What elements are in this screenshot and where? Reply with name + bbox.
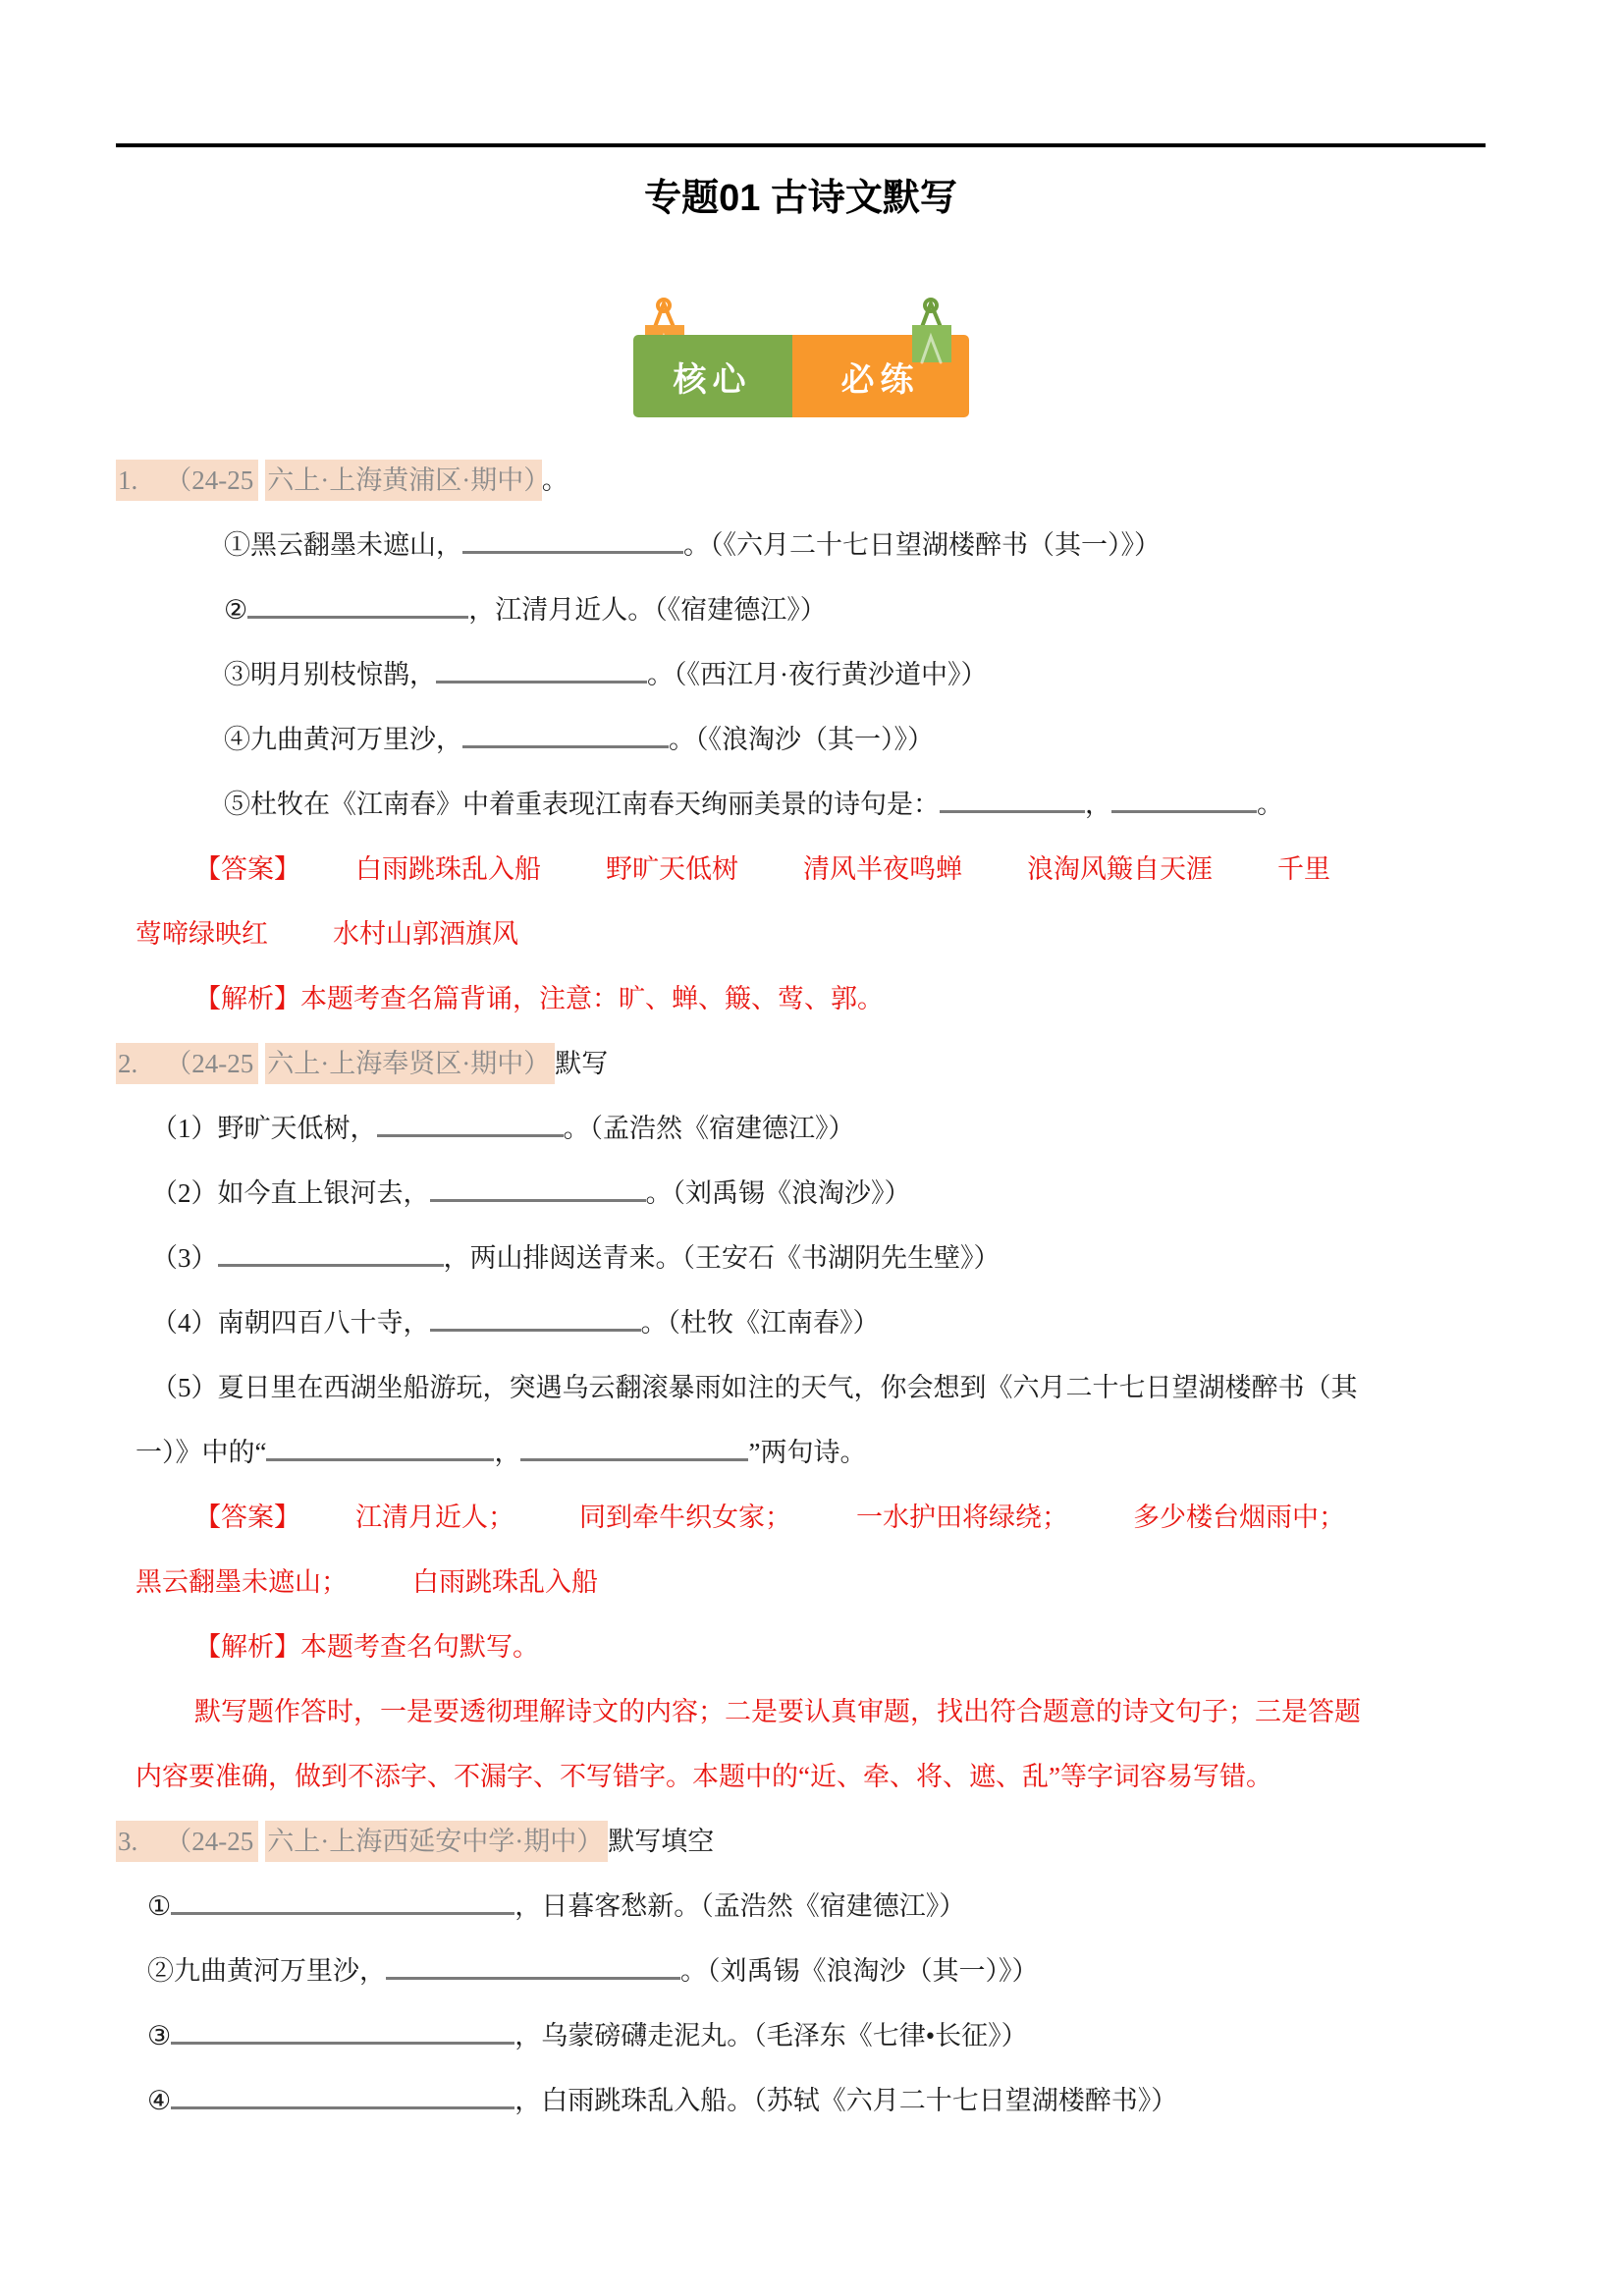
q2-analysis-para-line2: 内容要准确，做到不添字、不漏字、不写错字。本题中的“近、牵、将、遮、乱”等字词容… bbox=[135, 1744, 1486, 1809]
question-2-header: 2.（24-25六上·上海奉贤区·期中）默写 bbox=[116, 1031, 1486, 1096]
q2-item-5-line2: 一）》中的“，”两句诗。 bbox=[135, 1420, 1486, 1485]
q2-item-5-end: ”两句诗。 bbox=[748, 1438, 866, 1467]
question-3-number: 3. bbox=[118, 1827, 137, 1856]
q3-item-3: ③，乌蒙磅礴走泥丸。（毛泽东《七律•长征》） bbox=[147, 2003, 1486, 2068]
q2-item-4-cite: 。（杜牧《江南春》） bbox=[641, 1308, 880, 1338]
badge-left-label: 核心 bbox=[674, 353, 752, 401]
question-1-source-highlight-b: 六上·上海黄浦区·期中） bbox=[265, 460, 541, 501]
q1-item-5: ⑤杜牧在《江南春》中着重表现江南春天绚丽美景的诗句是：，。 bbox=[224, 772, 1486, 837]
q2-item-2-cite: 。（刘禹锡《浪淘沙》） bbox=[646, 1178, 911, 1208]
question-2-source-highlight-b: 六上·上海奉贤区·期中） bbox=[265, 1043, 555, 1084]
binder-clip-green-icon bbox=[908, 298, 955, 370]
q3-item-3-text: ③ bbox=[147, 2021, 171, 2050]
question-1-year: （24-25 bbox=[165, 465, 253, 495]
q3-item-2-text: ②九曲黄河万里沙， bbox=[147, 1956, 386, 1986]
q2-item-4: （4）南朝四百八十寺，。（杜牧《江南春》） bbox=[151, 1290, 1486, 1355]
q1-item-5-blank2 bbox=[1111, 800, 1257, 813]
q1-answer-line2: 莺啼绿映红水村山郭酒旗风 bbox=[135, 902, 1486, 966]
question-3-source-highlight-b: 六上·上海西延安中学·期中） bbox=[265, 1821, 608, 1862]
question-3-header: 3.（24-25六上·上海西延安中学·期中）默写填空 bbox=[116, 1809, 1486, 1874]
question-1-tail: 。 bbox=[542, 465, 568, 495]
q3-item-2-cite: 。（刘禹锡《浪淘沙（其一）》） bbox=[680, 1956, 1039, 1986]
q2-item-3-text: （3） bbox=[151, 1243, 218, 1273]
q2-analysis: 【解析】本题考查名句默写。 bbox=[194, 1614, 1486, 1679]
q1-answer-item: 清风半夜鸣蝉 bbox=[803, 854, 962, 884]
q2-answer-item: 同到牵牛织女家； bbox=[579, 1503, 791, 1532]
q2-answer-item: 白雨跳珠乱入船 bbox=[412, 1567, 598, 1597]
q2-answer-line1: 【答案】江清月近人；同到牵牛织女家；一水护田将绿绕；多少楼台烟雨中； bbox=[194, 1485, 1486, 1550]
q2-item-2-blank bbox=[430, 1189, 646, 1202]
q2-answer-label: 【答案】 bbox=[194, 1503, 300, 1532]
q2-item-3-cite: ，两山排闼送青来。（王安石《书湖阴先生壁》） bbox=[444, 1243, 1001, 1273]
q1-item-3: ③明月别枝惊鹊，。（《西江月·夜行黄沙道中》） bbox=[224, 642, 1486, 707]
q3-item-2-blank bbox=[386, 1967, 680, 1980]
worksheet-page: 专题01 古诗文默写 核心 必练 1.（24-25六上·上海黄浦区·期中）。 ①… bbox=[0, 0, 1623, 2296]
q2-item-2-text: （2）如今直上银河去， bbox=[151, 1178, 430, 1208]
q1-item-5-comma: ， bbox=[1085, 790, 1111, 819]
q2-item-1-text: （1）野旷天低树， bbox=[151, 1114, 377, 1143]
q1-item-1-blank bbox=[462, 541, 683, 554]
q1-answer-item: 水村山郭酒旗风 bbox=[333, 919, 518, 949]
q2-item-5-line1: （5）夏日里在西湖坐船游玩，突遇乌云翻滚暴雨如注的天气，你会想到《六月二十七日望… bbox=[151, 1355, 1486, 1420]
q2-item-2: （2）如今直上银河去，。（刘禹锡《浪淘沙》） bbox=[151, 1161, 1486, 1226]
question-3-tail: 默写填空 bbox=[608, 1827, 714, 1856]
q1-answer-item: 莺啼绿映红 bbox=[135, 919, 268, 949]
q3-item-2: ②九曲黄河万里沙，。（刘禹锡《浪淘沙（其一）》） bbox=[147, 1939, 1486, 2003]
q1-item-4-cite: 。（《浪淘沙（其一）》） bbox=[669, 725, 934, 754]
question-2-year: （24-25 bbox=[165, 1049, 253, 1078]
q1-item-3-cite: 。（《西江月·夜行黄沙道中》） bbox=[647, 660, 988, 689]
top-rule bbox=[116, 143, 1486, 147]
q3-item-1-blank bbox=[171, 1902, 514, 1915]
q1-answer-line1: 【答案】白雨跳珠乱入船野旷天低树清风半夜鸣蝉浪淘风簸自天涯千里 bbox=[194, 837, 1486, 902]
q2-item-1: （1）野旷天低树，。（孟浩然《宿建德江》） bbox=[151, 1096, 1486, 1161]
q3-item-4: ④，白雨跳珠乱入船。（苏轼《六月二十七日望湖楼醉书》） bbox=[147, 2068, 1486, 2133]
q3-item-4-cite: ，白雨跳珠乱入船。（苏轼《六月二十七日望湖楼醉书》） bbox=[514, 2086, 1177, 2115]
question-3-source-highlight-a: 3.（24-25 bbox=[116, 1821, 258, 1862]
q1-analysis: 【解析】本题考查名篇背诵，注意：旷、蝉、簸、莺、郭。 bbox=[194, 966, 1486, 1031]
q1-item-5-blank1 bbox=[940, 800, 1085, 813]
q2-answer-item: 黑云翻墨未遮山； bbox=[135, 1567, 348, 1597]
q3-item-4-text: ④ bbox=[147, 2086, 171, 2115]
q3-item-3-cite: ，乌蒙磅礴走泥丸。（毛泽东《七律•长征》） bbox=[514, 2021, 1027, 2050]
q2-item-5-blank1 bbox=[266, 1449, 494, 1461]
q1-answer-item: 白雨跳珠乱入船 bbox=[355, 854, 541, 884]
q1-item-2-cite: ，江清月近人。（《宿建德江》） bbox=[468, 595, 827, 625]
q3-item-3-blank bbox=[171, 2032, 514, 2045]
q1-item-4: ④九曲黄河万里沙，。（《浪淘沙（其一）》） bbox=[224, 707, 1486, 772]
q2-item-1-cite: 。（孟浩然《宿建德江》） bbox=[564, 1114, 855, 1143]
q2-answer-item: 江清月近人； bbox=[355, 1503, 514, 1532]
q2-answer-item: 一水护田将绿绕； bbox=[856, 1503, 1068, 1532]
q1-item-2-text: ② bbox=[224, 595, 247, 625]
question-1-header: 1.（24-25六上·上海黄浦区·期中）。 bbox=[116, 448, 1486, 513]
q1-item-1-cite: 。（《六月二十七日望湖楼醉书（其一）》） bbox=[683, 530, 1161, 560]
q2-answer-line2: 黑云翻墨未遮山；白雨跳珠乱入船 bbox=[135, 1550, 1486, 1614]
q1-item-5-period: 。 bbox=[1257, 790, 1283, 819]
question-2-number: 2. bbox=[118, 1049, 137, 1078]
question-3-year: （24-25 bbox=[165, 1827, 253, 1856]
question-1-source-highlight-a: 1.（24-25 bbox=[116, 460, 258, 501]
q1-item-1: ①黑云翻墨未遮山，。（《六月二十七日望湖楼醉书（其一）》） bbox=[224, 513, 1486, 577]
q1-item-4-blank bbox=[462, 736, 669, 748]
question-1-number: 1. bbox=[118, 465, 137, 495]
q1-item-5-text: ⑤杜牧在《江南春》中着重表现江南春天绚丽美景的诗句是： bbox=[224, 790, 940, 819]
q2-analysis-para-line1: 默写题作答时，一是要透彻理解诗文的内容；二是要认真审题，找出符合题意的诗文句子；… bbox=[194, 1679, 1486, 1744]
page-title: 专题01 古诗文默写 bbox=[116, 171, 1486, 226]
q1-answer-item: 野旷天低树 bbox=[606, 854, 738, 884]
core-practice-badge: 核心 必练 bbox=[633, 335, 969, 417]
q1-answer-item: 千里 bbox=[1277, 854, 1330, 884]
q2-item-4-text: （4）南朝四百八十寺， bbox=[151, 1308, 430, 1338]
q2-item-3: （3），两山排闼送青来。（王安石《书湖阴先生壁》） bbox=[151, 1226, 1486, 1290]
q1-answer-item: 浪淘风簸自天涯 bbox=[1027, 854, 1213, 884]
q2-item-4-blank bbox=[430, 1319, 641, 1332]
q1-answer-label: 【答案】 bbox=[194, 854, 300, 884]
q1-item-2-blank bbox=[247, 606, 468, 619]
q2-item-5-comma: ， bbox=[494, 1438, 520, 1467]
q2-item-5-blank2 bbox=[520, 1449, 748, 1461]
q2-item-1-blank bbox=[377, 1124, 564, 1137]
q1-item-4-text: ④九曲黄河万里沙， bbox=[224, 725, 462, 754]
badge-left-panel: 核心 bbox=[633, 335, 792, 417]
q1-item-1-text: ①黑云翻墨未遮山， bbox=[224, 530, 462, 560]
q1-item-2: ②，江清月近人。（《宿建德江》） bbox=[224, 577, 1486, 642]
q2-answer-item: 多少楼台烟雨中； bbox=[1133, 1503, 1345, 1532]
q3-item-1-cite: ，日暮客愁新。（孟浩然《宿建德江》） bbox=[514, 1891, 965, 1921]
q3-item-1-text: ① bbox=[147, 1891, 171, 1921]
q1-item-3-blank bbox=[436, 671, 647, 683]
question-2-tail: 默写 bbox=[555, 1049, 608, 1078]
q1-item-3-text: ③明月别枝惊鹊， bbox=[224, 660, 436, 689]
q3-item-4-blank bbox=[171, 2097, 514, 2109]
question-2-source-highlight-a: 2.（24-25 bbox=[116, 1043, 258, 1084]
q2-item-3-blank bbox=[218, 1254, 444, 1267]
q3-item-1: ①，日暮客愁新。（孟浩然《宿建德江》） bbox=[147, 1874, 1486, 1939]
q2-item-5-text: 一）》中的“ bbox=[135, 1438, 266, 1467]
